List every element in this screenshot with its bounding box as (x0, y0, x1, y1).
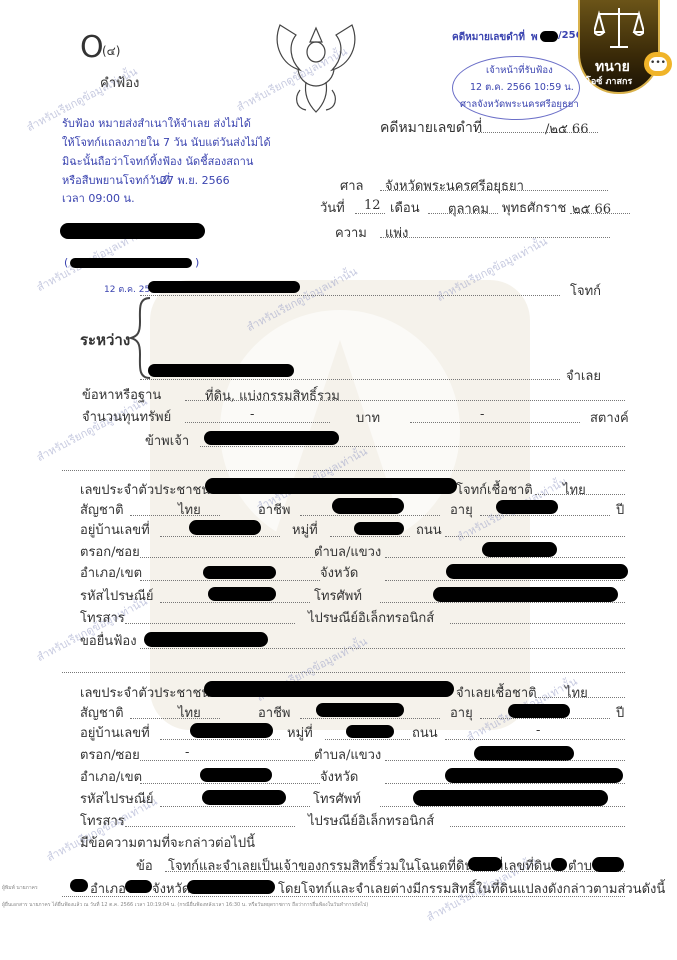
case-number-label: คดีหมายเลขดำที่ (380, 117, 482, 139)
case-number-value: /๒๕ 66 (545, 118, 588, 139)
defendant-house-label: อยู่บ้านเลขที่ (80, 722, 150, 743)
logo-subtitle: โอซ์ ภาสกร (586, 74, 632, 88)
subject-value: ที่ดิน, แบ่งกรรมสิทธิ์รวม (205, 385, 340, 406)
plaintiff-province-label: จังหวัด (320, 562, 358, 583)
court-note-line-1: รับฟ้อง หมายส่งสำเนาให้จำเลย ส่งไม่ได้ (62, 114, 251, 132)
defendant-occupation-label: อาชีพ (258, 702, 291, 723)
plaintiff-occupation-label: อาชีพ (258, 499, 291, 520)
defendant-id-label: เลขประจำตัวประชาชน (80, 682, 210, 703)
document-title: คำฟ้อง (100, 72, 139, 93)
redacted-defendant-moo (346, 725, 394, 738)
plaintiff-road-label: ถนน (416, 519, 442, 540)
redacted-signature (60, 223, 205, 239)
plaintiff-phone-label: โทรศัพท์ (314, 585, 362, 606)
defendant-nationality-label: สัญชาติ (80, 702, 124, 723)
close-paren: ) (195, 256, 199, 269)
defendant-age-unit: ปี (616, 702, 624, 723)
defendant-moo-label: หมู่ที่ (287, 722, 313, 743)
defendant-label: จำเลย (566, 365, 601, 386)
redacted-plaintiff-age (496, 500, 558, 514)
subject-label: ข้อหาหรือฐาน (82, 384, 161, 405)
baht-label: บาท (356, 407, 380, 428)
defendant-phone-label: โทรศัพท์ (313, 788, 361, 809)
scales-of-justice-icon (594, 6, 644, 50)
day-value: 12 (364, 198, 381, 213)
redacted-plaintiff-moo (354, 522, 404, 535)
open-paren: ( (64, 256, 68, 269)
defendant-alley-label: ตรอก/ซอย (80, 744, 140, 765)
redacted-plaintiff-house (189, 520, 261, 535)
court-note-line-2: ให้โจทก์แถลงภายใน 7 วัน นับแต่วันส่งไม่ไ… (62, 133, 271, 151)
plaintiff-subdistrict-label: ตำบล/แขวง (314, 541, 381, 562)
defendant-age-label: อายุ (450, 702, 473, 723)
form-number: (๔) (102, 42, 120, 61)
chat-dots: ••• (649, 57, 667, 71)
sue-label: ขอยื่นฟ้อง (80, 630, 137, 651)
redacted-plaintiff-province (446, 564, 628, 579)
redacted-land-number (551, 858, 567, 871)
top-case-prefix: พ (531, 30, 538, 45)
redacted-plaintiff-occupation (332, 498, 404, 514)
clause-text-1: โจทก์และจำเลยเป็นเจ้าของกรรมสิทธิ์ร่วมใน… (168, 855, 503, 876)
defendant-postal-label: รหัสไปรษณีย์ (80, 788, 154, 809)
year-value: ๒๕ 66 (572, 198, 611, 219)
clause-label: ข้อ (136, 855, 153, 876)
i-label: ข้าพเจ้า (145, 430, 189, 451)
court-note-hearing-date: 27 พ.ย. 2566 (160, 171, 230, 189)
chat-bubble-icon: ••• (644, 52, 672, 76)
plaintiff-district-label: อำเภอ/เขต (80, 562, 142, 583)
satang-value: - (480, 407, 484, 422)
court-value: จังหวัดพระนครศรีอยุธยา (385, 175, 524, 196)
redacted-defendant-age (508, 704, 570, 718)
redacted-title-deed-number (468, 857, 502, 871)
plaintiff-house-label: อยู่บ้านเลขที่ (80, 519, 150, 540)
day-label: วันที่ (320, 197, 345, 218)
redacted-subdistrict-cont (70, 879, 88, 892)
redacted-defendant-name (148, 364, 294, 377)
defendant-subdistrict-label: ตำบล/แขวง (314, 744, 381, 765)
stamp-line-2: 12 ต.ค. 2566 10:59 น. (470, 80, 574, 95)
footer-note-filing: ผู้ยื่นเอกสาร นายภาคร ได้ยื่นฟ้องแล้ว ณ … (2, 901, 368, 909)
baht-value: - (250, 407, 254, 422)
statement-intro: มีข้อความตามที่จะกล่าวต่อไปนี้ (80, 832, 255, 853)
defendant-email-label: ไปรษณีย์อิเล็กทรอนิกส์ (308, 810, 434, 831)
redacted-defendant-district (200, 768, 272, 782)
court-note-line-3: มิฉะนั้นถือว่าโจทก์ทิ้งฟ้อง นัดชี้สองสถา… (62, 152, 253, 170)
plaintiff-email-label: ไปรษณีย์อิเล็กทรอนิกส์ (308, 607, 434, 628)
defendant-road-value: - (536, 723, 540, 738)
defendant-province-label: จังหวัด (320, 766, 358, 787)
plaintiff-age-label: อายุ (450, 499, 473, 520)
brand-logo: ทนาย โอซ์ ภาสกร (578, 0, 660, 94)
redacted-defendant-subdistrict (474, 746, 574, 761)
case-type-label: ความ (335, 222, 367, 243)
defendant-nationality-value: ไทย (178, 702, 201, 723)
top-case-label: คดีหมายเลขดำที่ (452, 30, 525, 45)
defendant-race-label: จำเลยเชื้อชาติ (456, 682, 537, 703)
stamp-line-3: ศาลจังหวัดพระนครศรีอยุธยา (460, 97, 579, 112)
redacted-plaintiff-subdistrict (482, 542, 557, 557)
footer-note-typist: ผู้พิมพ์ นายภาคร (2, 884, 38, 892)
redacted-defendant-postal (202, 790, 286, 805)
redacted-province (187, 880, 275, 894)
redacted-defendant-id (204, 681, 454, 697)
amount-label: จำนวนทุนทรัพย์ (82, 406, 171, 427)
plaintiff-id-label: เลขประจำตัวประชาชน (80, 479, 210, 500)
redacted-defendant-occupation (316, 703, 404, 717)
defendant-alley-value: - (185, 745, 189, 760)
redacted-plaintiff-name (148, 281, 300, 293)
redacted-defendant-province (445, 768, 623, 783)
redacted-plaintiff-phone (433, 587, 618, 602)
defendant-road-label: ถนน (412, 722, 438, 743)
redacted-case-number (540, 31, 558, 42)
defendant-fax-label: โทรสาร (80, 810, 125, 831)
plaintiff-race-label: โจทก์เชื้อชาติ (456, 479, 533, 500)
defendant-race-value: ไทย (565, 682, 588, 703)
court-note-line-4-label: หรือสืบพยานโจทก์วันที่ (62, 171, 170, 189)
redacted-plaintiff-district (203, 566, 276, 579)
stamp-line-1: เจ้าหน้าที่รับฟ้อง (486, 63, 553, 78)
redacted-defendant-sued (144, 632, 268, 647)
form-code: O (80, 30, 104, 65)
court-label: ศาล (340, 175, 364, 196)
redacted-subdistrict (592, 857, 624, 872)
satang-label: สตางค์ (590, 407, 629, 428)
month-label: เดือน (390, 197, 420, 218)
plaintiff-postal-label: รหัสไปรษณีย์ (80, 585, 154, 606)
plaintiff-age-unit: ปี (616, 499, 624, 520)
redacted-plaintiff-self (204, 431, 339, 445)
redacted-plaintiff-postal (208, 587, 276, 601)
month-value: ตุลาคม (448, 198, 489, 219)
redacted-plaintiff-id (205, 478, 457, 494)
between-label: ระหว่าง (80, 328, 130, 352)
plaintiff-label: โจทก์ (570, 280, 601, 301)
court-note-time: เวลา 09:00 น. (62, 189, 135, 207)
year-label: พุทธศักราช (502, 197, 566, 218)
plaintiff-alley-label: ตรอก/ซอย (80, 541, 140, 562)
defendant-district-label: อำเภอ/เขต (80, 766, 142, 787)
redacted-defendant-house (190, 723, 273, 738)
case-type-value: แพ่ง (385, 222, 408, 243)
redacted-district (125, 880, 152, 893)
plaintiff-nationality-label: สัญชาติ (80, 499, 124, 520)
plaintiff-fax-label: โทรสาร (80, 607, 125, 628)
plaintiff-race-value: ไทย (563, 479, 586, 500)
plaintiff-moo-label: หมู่ที่ (292, 519, 318, 540)
redacted-defendant-phone (413, 790, 608, 806)
garuda-emblem-icon (270, 20, 362, 118)
redacted-signer-name (70, 258, 192, 268)
plaintiff-nationality-value: ไทย (178, 499, 201, 520)
land-number-label: เลขที่ดิน (504, 855, 551, 876)
